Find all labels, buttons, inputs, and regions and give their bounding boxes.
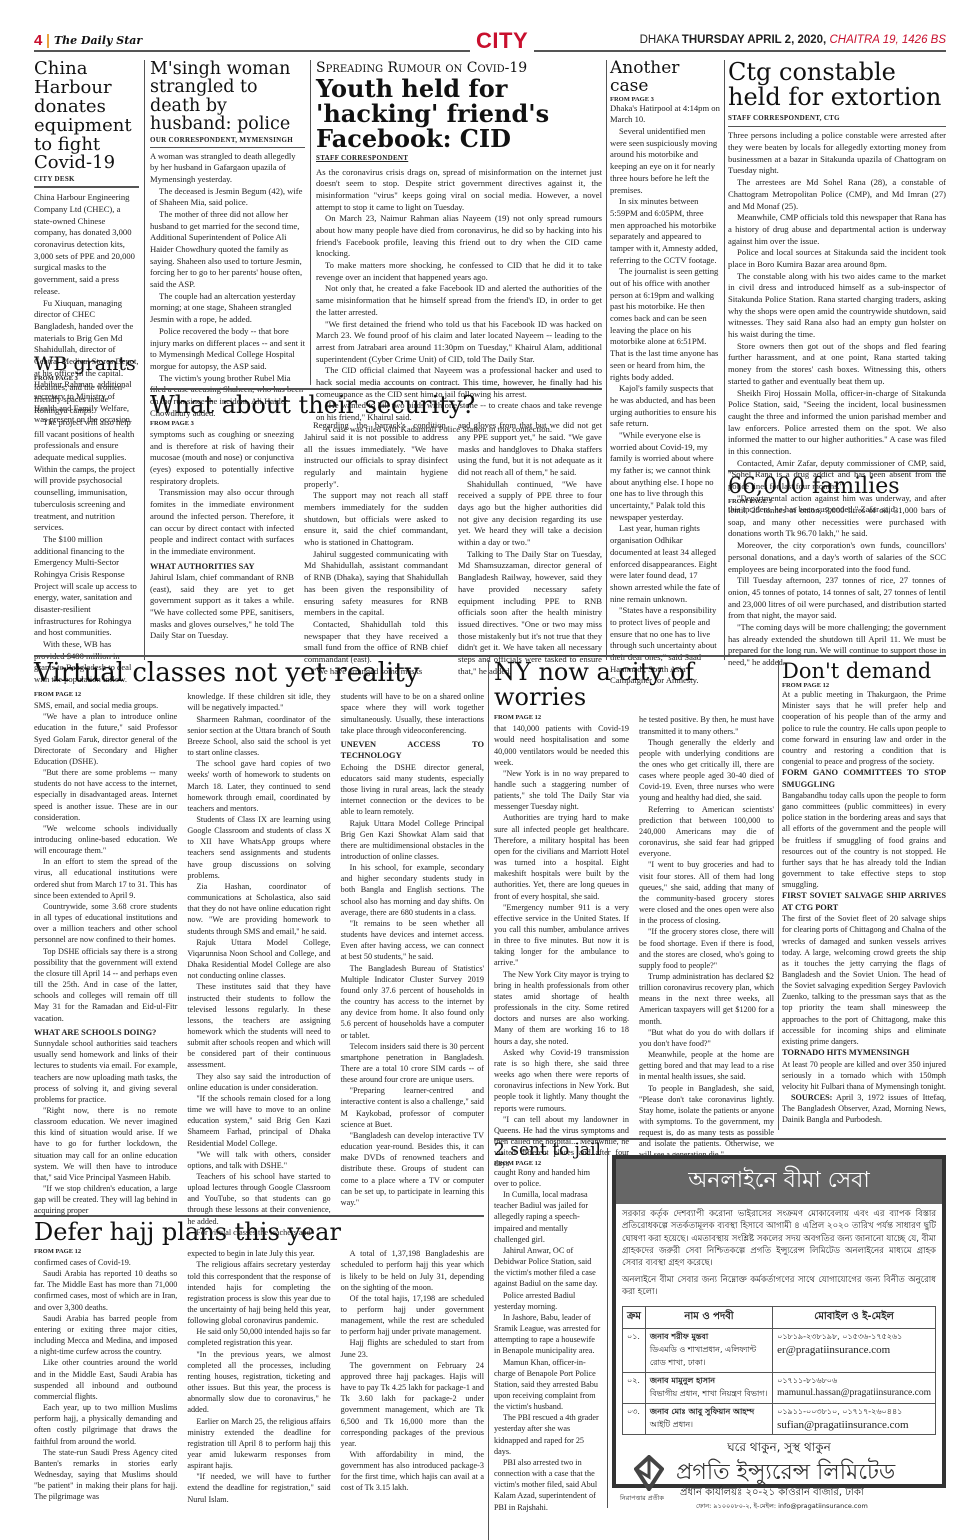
paragraph: Each year, up to two million Muslims per… bbox=[34, 1402, 177, 1447]
article-body: caught Rony and handed him over to polic… bbox=[494, 1167, 602, 1513]
table-header-row: ক্রম নাম ও পদবী মোবাইল ও ই-মেইল bbox=[623, 1307, 936, 1329]
paragraph: he tested positive. By then, he must hav… bbox=[639, 714, 774, 736]
headline: What about their security? bbox=[150, 393, 602, 418]
paragraph: At a public meeting in Thakurgaon, the P… bbox=[782, 689, 946, 767]
column-rule bbox=[606, 60, 607, 660]
paragraph: The religious affairs secretary yesterda… bbox=[187, 1259, 330, 1326]
paragraph: Till Tuesday afternoon, 237 tonnes of ri… bbox=[728, 575, 946, 622]
paragraph: With affordability in mind, the governme… bbox=[341, 1449, 484, 1494]
section-title: CITY bbox=[470, 28, 534, 54]
paragraph: The support may not reach all staff memb… bbox=[304, 490, 448, 548]
sources-label: SOURCES: bbox=[791, 1093, 832, 1102]
subhead: TORNADO HITS MYMENSINGH bbox=[782, 1047, 946, 1058]
company-logo-icon bbox=[634, 1455, 664, 1491]
from-page: FROM PAGE 3 bbox=[610, 96, 720, 103]
headline: 66,000 families bbox=[728, 475, 946, 498]
article-ny-city-of-worries: NY now a city of worries FROM PAGE 12 th… bbox=[494, 660, 774, 1169]
page-divider-bar bbox=[47, 34, 49, 48]
from-page: FROM PAGE 12 bbox=[782, 682, 946, 689]
paragraph: A total of 1,37,198 Bangladeshis are sch… bbox=[341, 1248, 484, 1293]
article-another-case: Another case FROM PAGE 3 Dhaka's Hatirpo… bbox=[610, 60, 720, 687]
paragraph: The New York City mayor is trying to bri… bbox=[494, 969, 629, 1047]
paragraph: To make matters more shocking, he confes… bbox=[316, 260, 602, 283]
paragraph: The deceased is Jesmin Begum (42), wife … bbox=[150, 186, 305, 209]
paragraph: Sunnydale school authorities said teache… bbox=[34, 1038, 177, 1105]
paragraph: The $100 million additional financing to… bbox=[34, 534, 139, 639]
paragraph: China Harbour Engineering Company Ltd (C… bbox=[34, 192, 139, 297]
from-page: FROM PAGE 12 bbox=[34, 1248, 177, 1257]
header-name: নাম ও পদবী bbox=[645, 1307, 772, 1329]
headline: Youth held for 'hacking' friend's Facebo… bbox=[316, 76, 602, 152]
paragraph: "Right now, there is no remote classroom… bbox=[34, 1105, 177, 1183]
paragraph: The journalist is seen getting out of hi… bbox=[610, 266, 720, 383]
paragraph: Regarding the barrack's condition, Jahir… bbox=[304, 420, 448, 490]
paragraph: The state-run Saudi Press Agency cited B… bbox=[34, 1447, 177, 1503]
paragraph: Transmission may also occur through fomi… bbox=[150, 487, 294, 557]
paragraph: "We welcome schools individually introdu… bbox=[34, 823, 177, 856]
paragraph: "But what do you do with dollars if you … bbox=[639, 1027, 774, 1049]
paragraph: A woman was strangled to death allegedly… bbox=[150, 151, 305, 186]
paragraph: The arrestees are Md Sohel Rana (28), a … bbox=[728, 177, 946, 212]
paragraph: The PBI rescued a 4th grader yesterday a… bbox=[494, 1412, 602, 1457]
headline: Ctg constable held for extortion bbox=[728, 60, 946, 110]
paragraph: Mamun Khan, officer-in-charge of Benapol… bbox=[494, 1357, 602, 1413]
paragraph: The project will also help fill vacant p… bbox=[34, 417, 139, 534]
name-cell: জনাব শরীফ মুন্তবাডিএমডি ও শাখাপ্রধান, এল… bbox=[645, 1329, 772, 1373]
paragraph: Top DSHE officials say there is a strong… bbox=[34, 946, 177, 1024]
paragraph: "If the schools remain closed for a long… bbox=[187, 1093, 330, 1149]
paragraph: Shahidullah continued, "We have received… bbox=[458, 479, 602, 549]
article-body: lentil, 25 tonnes of onion, 7,000 litres… bbox=[728, 505, 946, 669]
paragraph: The mother of three did not allow her hu… bbox=[150, 209, 305, 291]
headline: Defer hajj plans this year bbox=[34, 1220, 484, 1245]
paragraph: expected to begin in late July this year… bbox=[187, 1248, 330, 1259]
masthead: 4 The Daily Star CITY DHAKA THURSDAY APR… bbox=[34, 30, 946, 52]
column-rule bbox=[310, 60, 311, 385]
page-number: 4 bbox=[34, 32, 42, 49]
paragraph: "New York is in no way prepared to handl… bbox=[494, 768, 629, 813]
ad-footer: ঘরে থাকুন, সুস্থ থাকুন নিরাপত্তার প্রতীক… bbox=[616, 1439, 942, 1519]
article-body: Three persons including a police constab… bbox=[728, 130, 946, 516]
column-3: A total of 1,37,198 Bangladeshis are sch… bbox=[341, 1248, 484, 1505]
paragraph: Asked why Covid-19 transmission rate is … bbox=[494, 1047, 629, 1114]
paragraph: "We have a plan to introduce online educ… bbox=[34, 711, 177, 767]
headline: M'singh woman strangled to death by husb… bbox=[150, 60, 305, 134]
paragraph: Meanwhile, CMP officials told this newsp… bbox=[728, 212, 946, 247]
paragraph: "If needed, we will have to further exte… bbox=[187, 1471, 330, 1504]
subhead: FORM GANO COMMITTEES TO STOP SMUGGLING bbox=[782, 767, 946, 790]
column-rule bbox=[488, 660, 489, 1540]
head-office: প্রধান কার্যালয়ঃ ২০-২১ কাওরান বাজার, ঢা… bbox=[680, 1485, 864, 1502]
paragraph: Authorities are trying hard to make sure… bbox=[494, 812, 629, 901]
article-2-sent-to-jail: 2 sent to jail FROM PAGE 12 caught Rony … bbox=[494, 1142, 602, 1513]
from-page: FROM PAGE 12 bbox=[494, 714, 629, 723]
article-columns: FROM PAGE 12 that 140,000 patients with … bbox=[494, 714, 774, 1169]
column-1: FROM PAGE 12 SMS, email, and social medi… bbox=[34, 691, 177, 1238]
phone: ০১৮১৯-২৩৮১৯৮, ০১৫৩৬-১৭৫২৬১ bbox=[777, 1332, 902, 1341]
paragraph: Police and local sources at Sitakunda sa… bbox=[728, 247, 946, 270]
paragraph: Sharmeen Rahman, coordinator of the seni… bbox=[187, 714, 330, 759]
paragraph: In six minutes between 5:59PM and 6:05PM… bbox=[610, 196, 720, 266]
dateline-bangla-date: CHAITRA 19, 1426 BS bbox=[829, 34, 946, 46]
paragraph: "If we stop children's education, a larg… bbox=[34, 1183, 177, 1216]
paragraph: At least 70 people are killed and over 3… bbox=[782, 1059, 946, 1092]
contact-name: জনাব মামুনুল হাসান bbox=[650, 1376, 715, 1385]
headline: Another case bbox=[610, 60, 720, 96]
column-3: students will have to be on a shared onl… bbox=[341, 691, 484, 1238]
paragraph: "Preparing learner-centred and interacti… bbox=[341, 1085, 484, 1130]
paragraph: "I went to buy groceries and had to visi… bbox=[639, 859, 774, 926]
paragraph: Like other countries around the world an… bbox=[34, 1357, 177, 1402]
headline: Don't demand bbox=[782, 660, 946, 682]
contact-title: আইটি প্রধান। bbox=[650, 1420, 693, 1429]
paragraph: lentil, 25 tonnes of onion, 7,000 litres… bbox=[728, 505, 946, 540]
ad-body: সরকার কর্তৃক দেশব্যাপী করোনা ভাইরাসের সং… bbox=[616, 1204, 942, 1302]
from-page: FROM PAGE 3 bbox=[34, 375, 139, 382]
section-divider bbox=[34, 655, 946, 657]
headline: 2 sent to jail bbox=[494, 1142, 602, 1160]
article-dont-demand: Don't demand FROM PAGE 12 At a public me… bbox=[782, 660, 946, 1125]
paragraph: Countrywide, some 3.68 crore students in… bbox=[34, 901, 177, 946]
header-serial: ক্রম bbox=[623, 1307, 646, 1329]
contact-table: ক্রম নাম ও পদবী মোবাইল ও ই-মেইল ০১. জনাব… bbox=[622, 1306, 936, 1435]
byline: Our Correspondent, Mymensingh bbox=[150, 136, 305, 148]
paragraph: knowledge. If these children sit idle, t… bbox=[187, 691, 330, 713]
paragraph: Trump administration has declared $2 tri… bbox=[639, 971, 774, 1027]
paragraph: caught Rony and handed him over to polic… bbox=[494, 1167, 602, 1189]
email-link[interactable]: mamunul.hassan@pragatiinsurance.com bbox=[777, 1388, 931, 1398]
paragraph: Earlier on March 25, the religious affai… bbox=[187, 1416, 330, 1472]
phone: ০১৯১১-০০৩৮১০, ০১৭১৭-২৬০৪৪১ bbox=[777, 1407, 902, 1416]
table-row: ০৩. জনাব মোঃ আবু সুফিয়ান আহম্দআইটি প্রধ… bbox=[623, 1404, 936, 1435]
subhead: FIRST SOVIET SALVAGE SHIP ARRIVES AT CTG… bbox=[782, 890, 946, 913]
section-divider bbox=[34, 1215, 484, 1217]
paragraph: Moreover, the city corporation's own fun… bbox=[728, 540, 946, 575]
article-body: A woman was strangled to death allegedly… bbox=[150, 151, 305, 420]
email-link[interactable]: er@pragatiinsurance.com bbox=[777, 1344, 890, 1356]
article-columns: FROM PAGE 12 SMS, email, and social medi… bbox=[34, 691, 484, 1238]
subhead: WHAT AUTHORITIES SAY bbox=[150, 561, 294, 572]
paragraph: Several unidentified men were seen suspi… bbox=[610, 126, 720, 196]
paragraph: The first of the Soviet fleet of 20 salv… bbox=[782, 913, 946, 1047]
subhead: UNEVEN ACCESS TO TECHNOLOGY bbox=[341, 739, 484, 762]
article-security: What about their security? FROM PAGE 3 s… bbox=[150, 393, 602, 677]
paragraph: In his school, for example, secondary an… bbox=[341, 862, 484, 918]
paragraph: "While everyone else is worried about Co… bbox=[610, 430, 720, 524]
table-row: ০১. জনাব শরীফ মুন্তবাডিএমডি ও শাখাপ্রধান… bbox=[623, 1329, 936, 1373]
section-divider bbox=[150, 388, 602, 390]
paragraph: Police recovered the body -- that bore i… bbox=[150, 326, 305, 373]
advertisement-pragati-insurance: অনলাইনে বীমা সেবা সরকার কর্তৃক দেশব্যাপী… bbox=[612, 1155, 946, 1488]
article-defer-hajj: Defer hajj plans this year FROM PAGE 12 … bbox=[34, 1220, 484, 1505]
paragraph: On March 23, Naimur Rahman alias Nayeem … bbox=[316, 213, 602, 260]
paragraph: Bangabandhu today calls upon the people … bbox=[782, 790, 946, 890]
name-cell: জনাব মামুনুল হাসানবিভাগীয় প্রধান, শাখা … bbox=[645, 1373, 772, 1404]
table-row: ০২. জনাব মামুনুল হাসানবিভাগীয় প্রধান, শ… bbox=[623, 1373, 936, 1404]
paragraph: Of the total hajis, 17,198 are scheduled… bbox=[341, 1293, 484, 1338]
newspaper-logo: The Daily Star bbox=[54, 34, 142, 47]
ad-paragraph: সরকার কর্তৃক দেশব্যাপী করোনা ভাইরাসের সং… bbox=[622, 1208, 936, 1270]
paragraph: "Emergency number 911 is a very effectiv… bbox=[494, 902, 629, 969]
serial: ০১. bbox=[623, 1329, 646, 1373]
headline: NY now a city of worries bbox=[494, 660, 774, 710]
contact-title: বিভাগীয় প্রধান, শাখা নিয়ন্ত্রণ বিভাগ। bbox=[650, 1389, 767, 1398]
paragraph: The government on February 24 approved t… bbox=[341, 1360, 484, 1449]
from-page: FROM PAGE 3 bbox=[728, 498, 946, 505]
paragraph: Telecom insiders said there is 30 percen… bbox=[341, 1041, 484, 1086]
email-link[interactable]: sufian@pragatiinsurance.com bbox=[777, 1419, 908, 1431]
paragraph: PBI also arrested two in connection with… bbox=[494, 1457, 602, 1513]
ad-title: অনলাইনে বীমা সেবা bbox=[616, 1159, 942, 1204]
byline: Staff Correspondent, Ctg bbox=[728, 114, 946, 127]
paragraph: Zia Hashan, coordinator of communication… bbox=[187, 881, 330, 937]
paragraph: Rajuk Uttara Model College, Viqarunnisa … bbox=[187, 937, 330, 982]
column-rule bbox=[778, 660, 779, 1130]
headline: China Harbour donates equipment to fight… bbox=[34, 60, 139, 173]
paragraph: The constable along with his two aides c… bbox=[728, 271, 946, 341]
paragraph: Referring to American scientists' predic… bbox=[639, 804, 774, 860]
headline: Virtual classes not yet reality bbox=[34, 660, 484, 687]
column-1: FROM PAGE 12 confirmed cases of Covid-19… bbox=[34, 1248, 177, 1505]
paragraph: localities; and the women-friendly space… bbox=[34, 382, 139, 417]
column-2: expected to begin in late July this year… bbox=[187, 1248, 330, 1505]
paragraph: These institutes said that they have ins… bbox=[187, 981, 330, 1070]
paragraph: "If the grocery stores close, there will… bbox=[639, 926, 774, 971]
paragraph: "It remains to be seen whether all stude… bbox=[341, 918, 484, 963]
paragraph: Jahirul Islam, chief commandant of RNB (… bbox=[150, 572, 294, 642]
paragraph: They also say said the introduction of o… bbox=[187, 1071, 330, 1093]
paragraph: The couple had an altercation yesterday … bbox=[150, 291, 305, 326]
paragraph: confirmed cases of Covid-19. bbox=[34, 1257, 177, 1268]
phone: ০১৭১১-৮১৬৮০৬ bbox=[777, 1376, 837, 1385]
subhead: WHAT ARE SCHOOLS DOING? bbox=[34, 1027, 177, 1038]
column-2: he tested positive. By then, he must hav… bbox=[639, 714, 774, 1169]
from-page: FROM PAGE 12 bbox=[494, 1160, 602, 1167]
paragraph: and gloves from that but we did not get … bbox=[458, 420, 602, 478]
header-contact: মোবাইল ও ই-মেইল bbox=[773, 1307, 936, 1329]
column-2: knowledge. If these children sit idle, t… bbox=[187, 691, 330, 1238]
paragraph: students will have to be on a shared onl… bbox=[341, 691, 484, 736]
column-3: and gloves from that but we did not get … bbox=[458, 420, 602, 677]
paragraph: Store owners then got out of the shops a… bbox=[728, 341, 946, 388]
article-youth-held: Spreading Rumour on Covid-19 Youth held … bbox=[316, 60, 602, 435]
paragraph: He said only 50,000 intended hajis so fa… bbox=[187, 1326, 330, 1348]
paragraph: The school gave hard copies of two weeks… bbox=[187, 758, 330, 814]
article-body: At a public meeting in Thakurgaon, the P… bbox=[782, 689, 946, 1125]
ad-paragraph: অনলাইনে বীমা সেবার জন্য নিম্নোক্ত কর্মকর… bbox=[622, 1274, 936, 1299]
article-body: Dhaka's Hatirpool at 4:14pm on March 10.… bbox=[610, 103, 720, 687]
article-66000-families: 66,000 families FROM PAGE 3 lentil, 25 t… bbox=[728, 475, 946, 669]
paragraph: Saudi Arabia has reported 10 deaths so f… bbox=[34, 1268, 177, 1313]
paragraph: Hajj flights are scheduled to start from… bbox=[341, 1337, 484, 1359]
article-virtual-classes: Virtual classes not yet reality FROM PAG… bbox=[34, 660, 484, 1238]
paragraph: "Bangladesh can develop interactive TV e… bbox=[341, 1130, 484, 1208]
paragraph: "But there are some problems -- many stu… bbox=[34, 767, 177, 823]
paragraph: Not only that, he created a fake Faceboo… bbox=[316, 283, 602, 318]
contact-name: জনাব শরীফ মুন্তবা bbox=[650, 1332, 708, 1341]
paragraph: Kajol's family suspects that he was abdu… bbox=[610, 383, 720, 430]
paragraph: In an effort to stem the spread of the v… bbox=[34, 856, 177, 901]
byline: Staff Correspondent bbox=[316, 154, 602, 162]
column-2: Regarding the barrack's condition, Jahir… bbox=[304, 420, 448, 677]
logo-caption: নিরাপত্তার প্রতীক bbox=[620, 1493, 664, 1504]
paragraph: "We will talk with others, consider opti… bbox=[187, 1149, 330, 1171]
article-msingh-woman: M'singh woman strangled to death by husb… bbox=[150, 60, 305, 419]
paragraph: that 140,000 patients with Covid-19 woul… bbox=[494, 723, 629, 768]
article-columns: FROM PAGE 3 symptoms such as coughing or… bbox=[150, 420, 602, 677]
column-1: FROM PAGE 12 that 140,000 patients with … bbox=[494, 714, 629, 1169]
name-cell: জনাব মোঃ আবু সুফিয়ান আহম্দআইটি প্রধান। bbox=[645, 1404, 772, 1435]
contact-cell: ০১৮১৯-২৩৮১৯৮, ০১৫৩৬-১৭৫২৬১er@pragatiinsu… bbox=[773, 1329, 936, 1373]
paragraph: symptoms such as coughing or sneezing an… bbox=[150, 429, 294, 487]
paragraph: Three persons including a police constab… bbox=[728, 130, 946, 177]
contact-cell: ০১৯১১-০০৩৮১০, ০১৭১৭-২৬০৪৪১sufian@pragati… bbox=[773, 1404, 936, 1435]
paragraph: Meanwhile, people at the home are gettin… bbox=[639, 1049, 774, 1082]
paragraph: Students of Class IX are learning using … bbox=[187, 814, 330, 881]
serial: ০২. bbox=[623, 1373, 646, 1404]
contact-title: ডিএমডি ও শাখাপ্রধান, এলিফ্যান্ট রোড শাখা… bbox=[650, 1345, 756, 1367]
section-divider bbox=[728, 470, 946, 472]
paragraph: The Bangladesh Bureau of Statistics' Mul… bbox=[341, 963, 484, 1041]
paragraph: Though generally the elderly and people … bbox=[639, 737, 774, 804]
dateline-date: THURSDAY APRIL 2, 2020, bbox=[682, 34, 826, 46]
paragraph: "We first detained the friend who told u… bbox=[316, 319, 602, 366]
from-page: FROM PAGE 12 bbox=[34, 691, 177, 700]
dateline: DHAKA THURSDAY APRIL 2, 2020, CHAITRA 19… bbox=[640, 34, 946, 46]
article-columns: FROM PAGE 12 confirmed cases of Covid-19… bbox=[34, 1248, 484, 1505]
paragraph: Police arrested Badiul yesterday morning… bbox=[494, 1290, 602, 1312]
from-page: FROM PAGE 3 bbox=[150, 420, 294, 429]
column-rule bbox=[144, 60, 145, 660]
headline: WB grants bbox=[34, 355, 139, 375]
paragraph: "In the previous years, we almost comple… bbox=[187, 1349, 330, 1416]
paragraph: Last year, human rights organisation Odh… bbox=[610, 523, 720, 605]
paragraph: Rajuk Uttara Model College Principal Bri… bbox=[341, 818, 484, 863]
column-rule bbox=[724, 60, 725, 660]
byline: City Desk bbox=[34, 175, 139, 188]
paragraph: Dhaka's Hatirpool at 4:14pm on March 10. bbox=[610, 103, 720, 126]
column-1: FROM PAGE 3 symptoms such as coughing or… bbox=[150, 420, 294, 677]
dateline-city: DHAKA bbox=[640, 34, 679, 46]
contact-cell: ০১৭১১-৮১৬৮০৬mamunul.hassan@pragatiinsura… bbox=[773, 1373, 936, 1404]
paragraph: As the coronavirus crisis drags on, spre… bbox=[316, 167, 602, 214]
ad-contact: ফোন: ৯১০০০৮০-২, ই-মেইল: info@pragatiinsu… bbox=[696, 1501, 868, 1512]
paragraph: SMS, email, and social media groups. bbox=[34, 700, 177, 711]
article-body: localities; and the women-friendly space… bbox=[34, 382, 139, 686]
paragraph: Jahirul Anwar, OC of Debidwar Police Sta… bbox=[494, 1245, 602, 1290]
serial: ০৩. bbox=[623, 1404, 646, 1435]
paragraph: In Cumilla, local madrasa teacher Badiul… bbox=[494, 1189, 602, 1245]
paragraph: Jahirul suggested communicating with Md … bbox=[304, 549, 448, 619]
paragraph: Echoing the DSHE director general, educa… bbox=[341, 762, 484, 818]
paragraph: In Jashore, Babu, leader of Sramik Leagu… bbox=[494, 1312, 602, 1357]
article-wb-grants: WB grants FROM PAGE 3 localities; and th… bbox=[34, 355, 139, 686]
article-ctg-constable: Ctg constable held for extortion Staff C… bbox=[728, 60, 946, 516]
paragraph: To people in Bangladesh, she said, "Plea… bbox=[639, 1083, 774, 1161]
column-rule bbox=[607, 1148, 608, 1508]
contact-name: জনাব মোঃ আবু সুফিয়ান আহম্দ bbox=[650, 1407, 754, 1416]
paragraph: Sheikh Firoj Hossain Molla, officer-in-c… bbox=[728, 388, 946, 458]
paragraph: Saudi Arabia has barred people from ente… bbox=[34, 1313, 177, 1358]
